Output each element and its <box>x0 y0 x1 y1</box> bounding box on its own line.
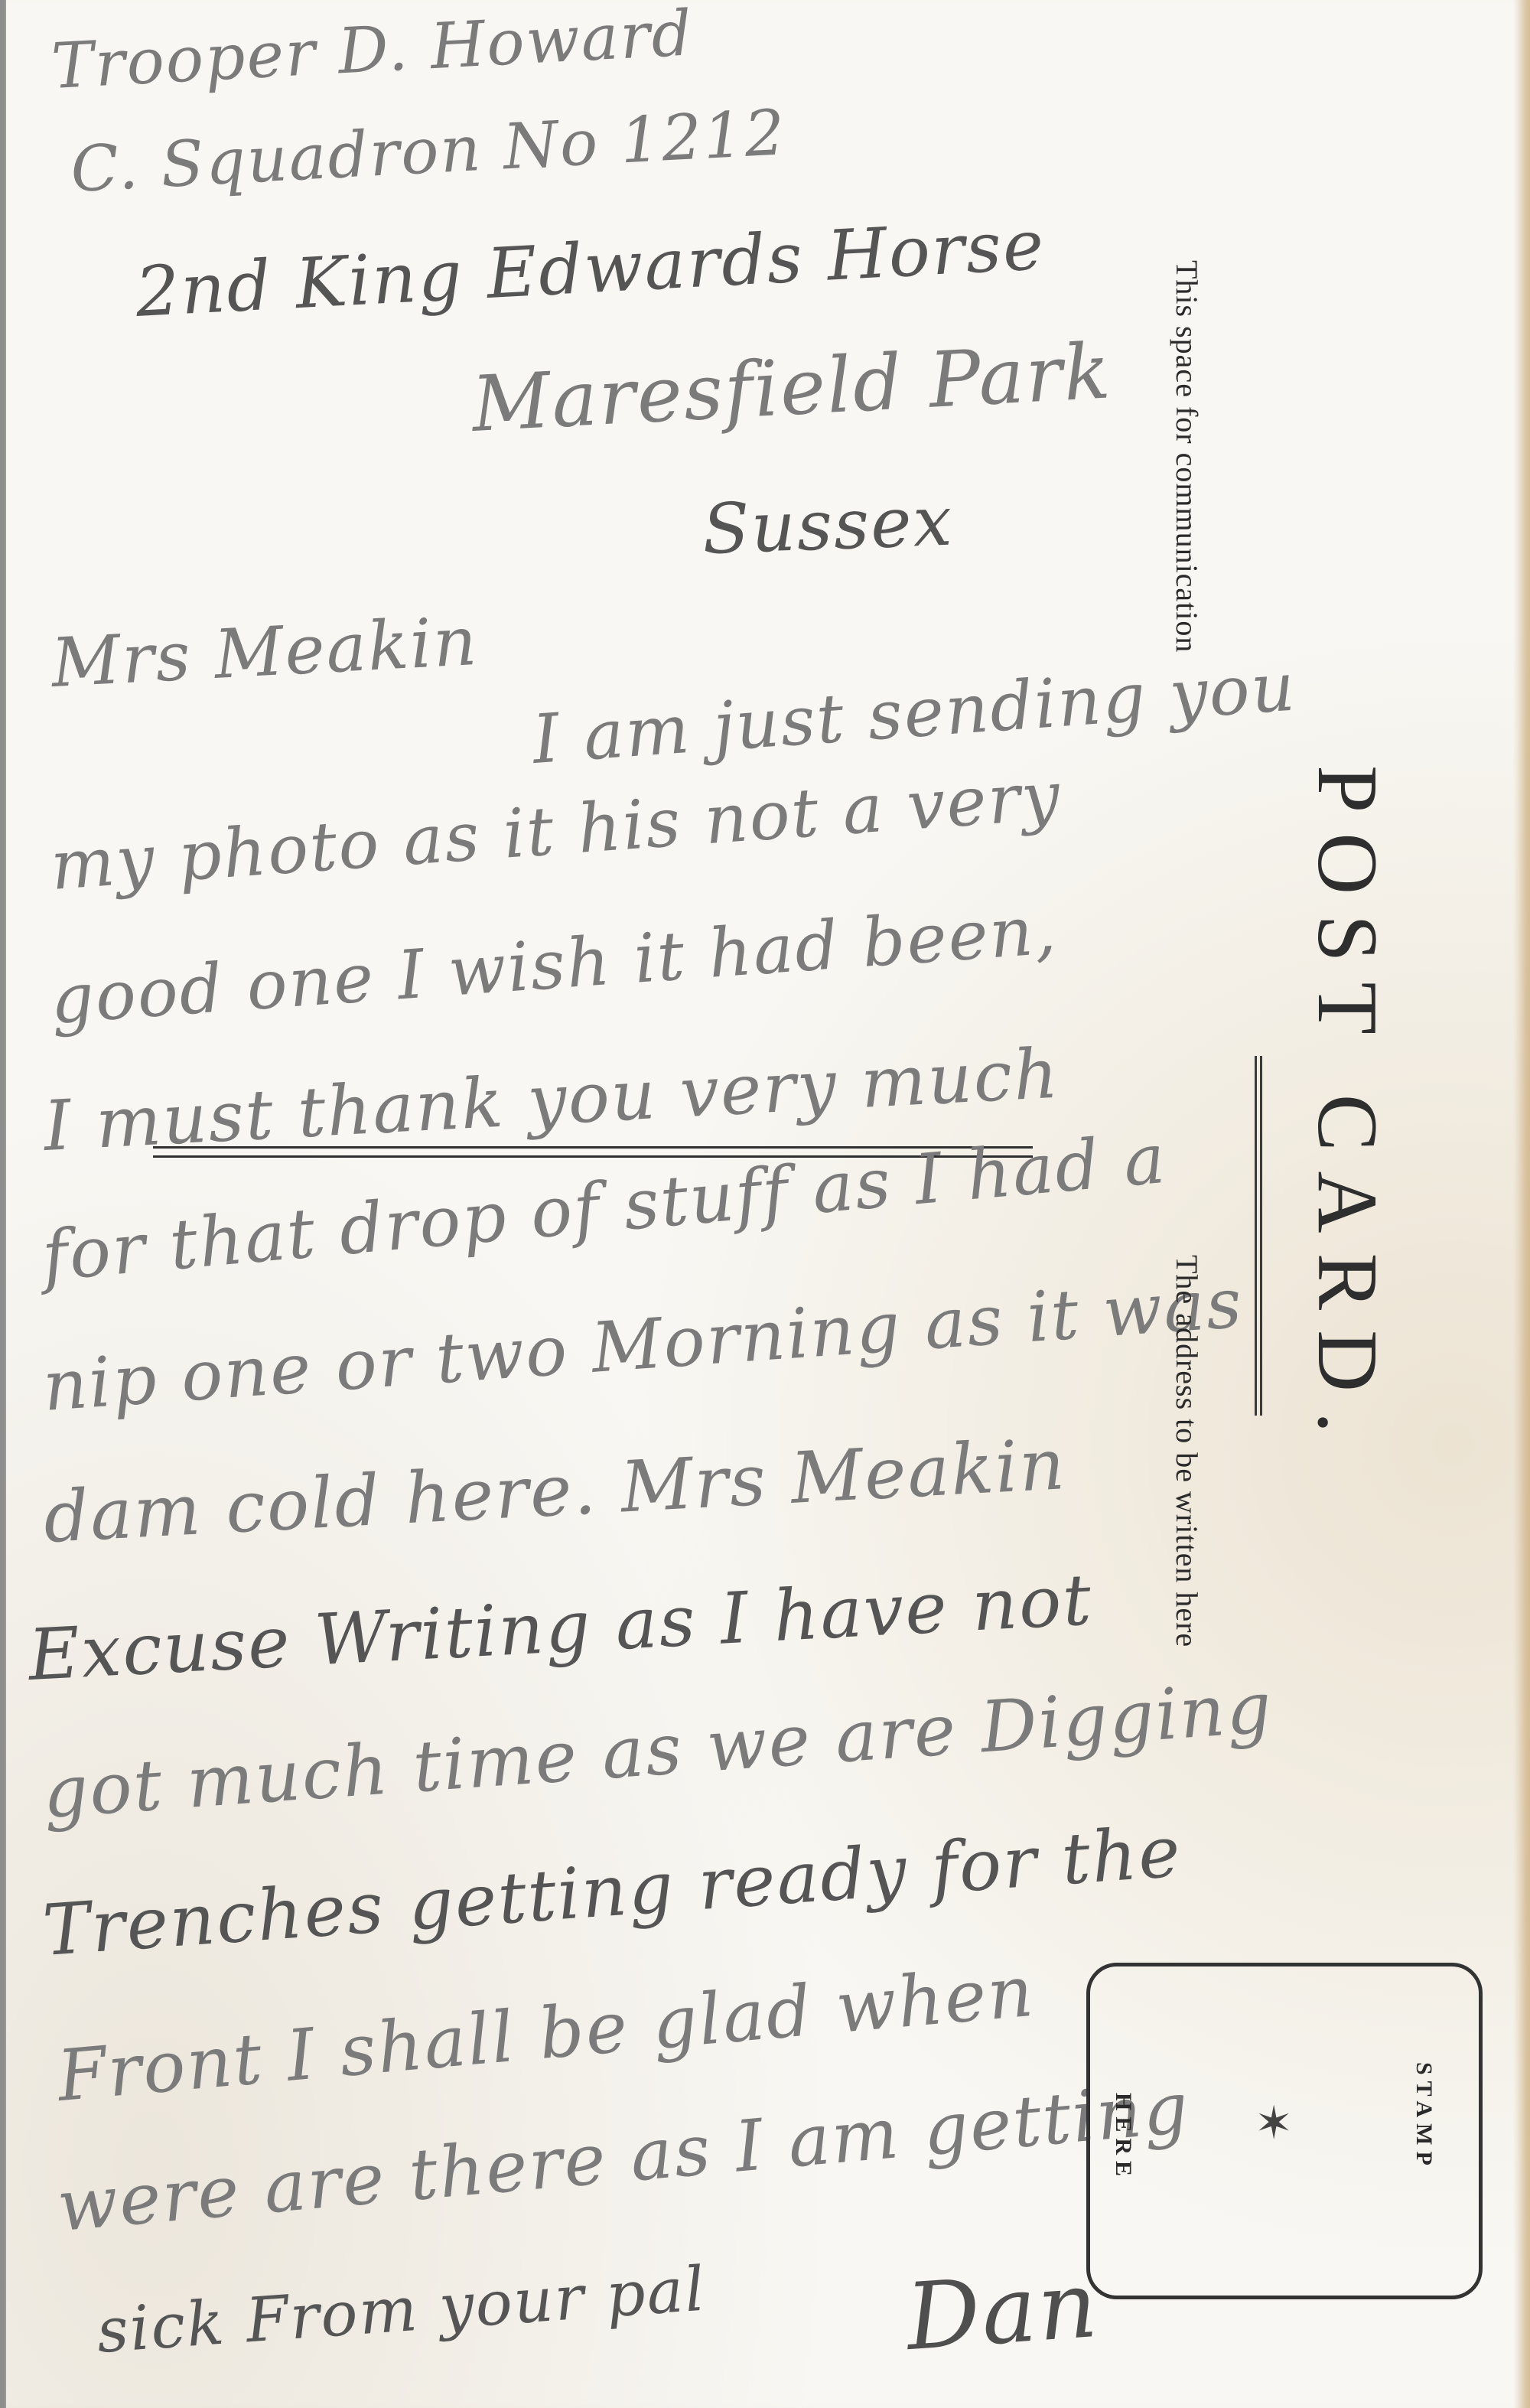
star-icon: ✶ <box>1255 2100 1293 2146</box>
body-line-1: I am just sending you <box>530 647 1299 779</box>
sender-regiment: 2nd King Edwards Horse <box>134 205 1047 333</box>
body-line-6: nip one or two Morning as it was <box>41 1263 1245 1427</box>
body-line-9: got much time as we are Digging <box>41 1667 1276 1834</box>
sender-county: Sussex <box>701 481 954 570</box>
card-right-edge-stain <box>1513 0 1530 2408</box>
sender-location: Maresfield Park <box>470 326 1114 449</box>
post-card-title: POST CARD. <box>1297 765 1396 1453</box>
salutation: Mrs Meakin <box>50 601 480 702</box>
card-left-edge <box>0 0 5 2408</box>
postcard-back: Trooper D. Howard C. Squadron No 1212 2n… <box>0 0 1530 2408</box>
center-divider-line <box>1255 1056 1262 1416</box>
body-line-8: Excuse Writing as I have not <box>26 1559 1094 1696</box>
sender-name: Trooper D. Howard <box>50 0 695 103</box>
body-line-3: good one I wish it had been, <box>48 890 1060 1039</box>
sender-squadron: C. Squadron No 1212 <box>69 96 788 207</box>
body-line-10: Trenches getting ready for the <box>41 1810 1184 1972</box>
address-side-caption: The address to be written here <box>1169 1255 1205 1647</box>
body-line-7: dam cold here. Mrs Meakin <box>41 1423 1068 1559</box>
message-side-caption: This space for communication <box>1169 260 1205 653</box>
signature: Dan <box>903 2252 1102 2371</box>
body-line-2: my photo as it his not a very <box>48 756 1063 905</box>
body-line-13: sick From your pal <box>95 2253 708 2367</box>
stamp-label: STAMP <box>1411 2062 1437 2172</box>
stamp-here-label: HERE <box>1110 2093 1136 2182</box>
